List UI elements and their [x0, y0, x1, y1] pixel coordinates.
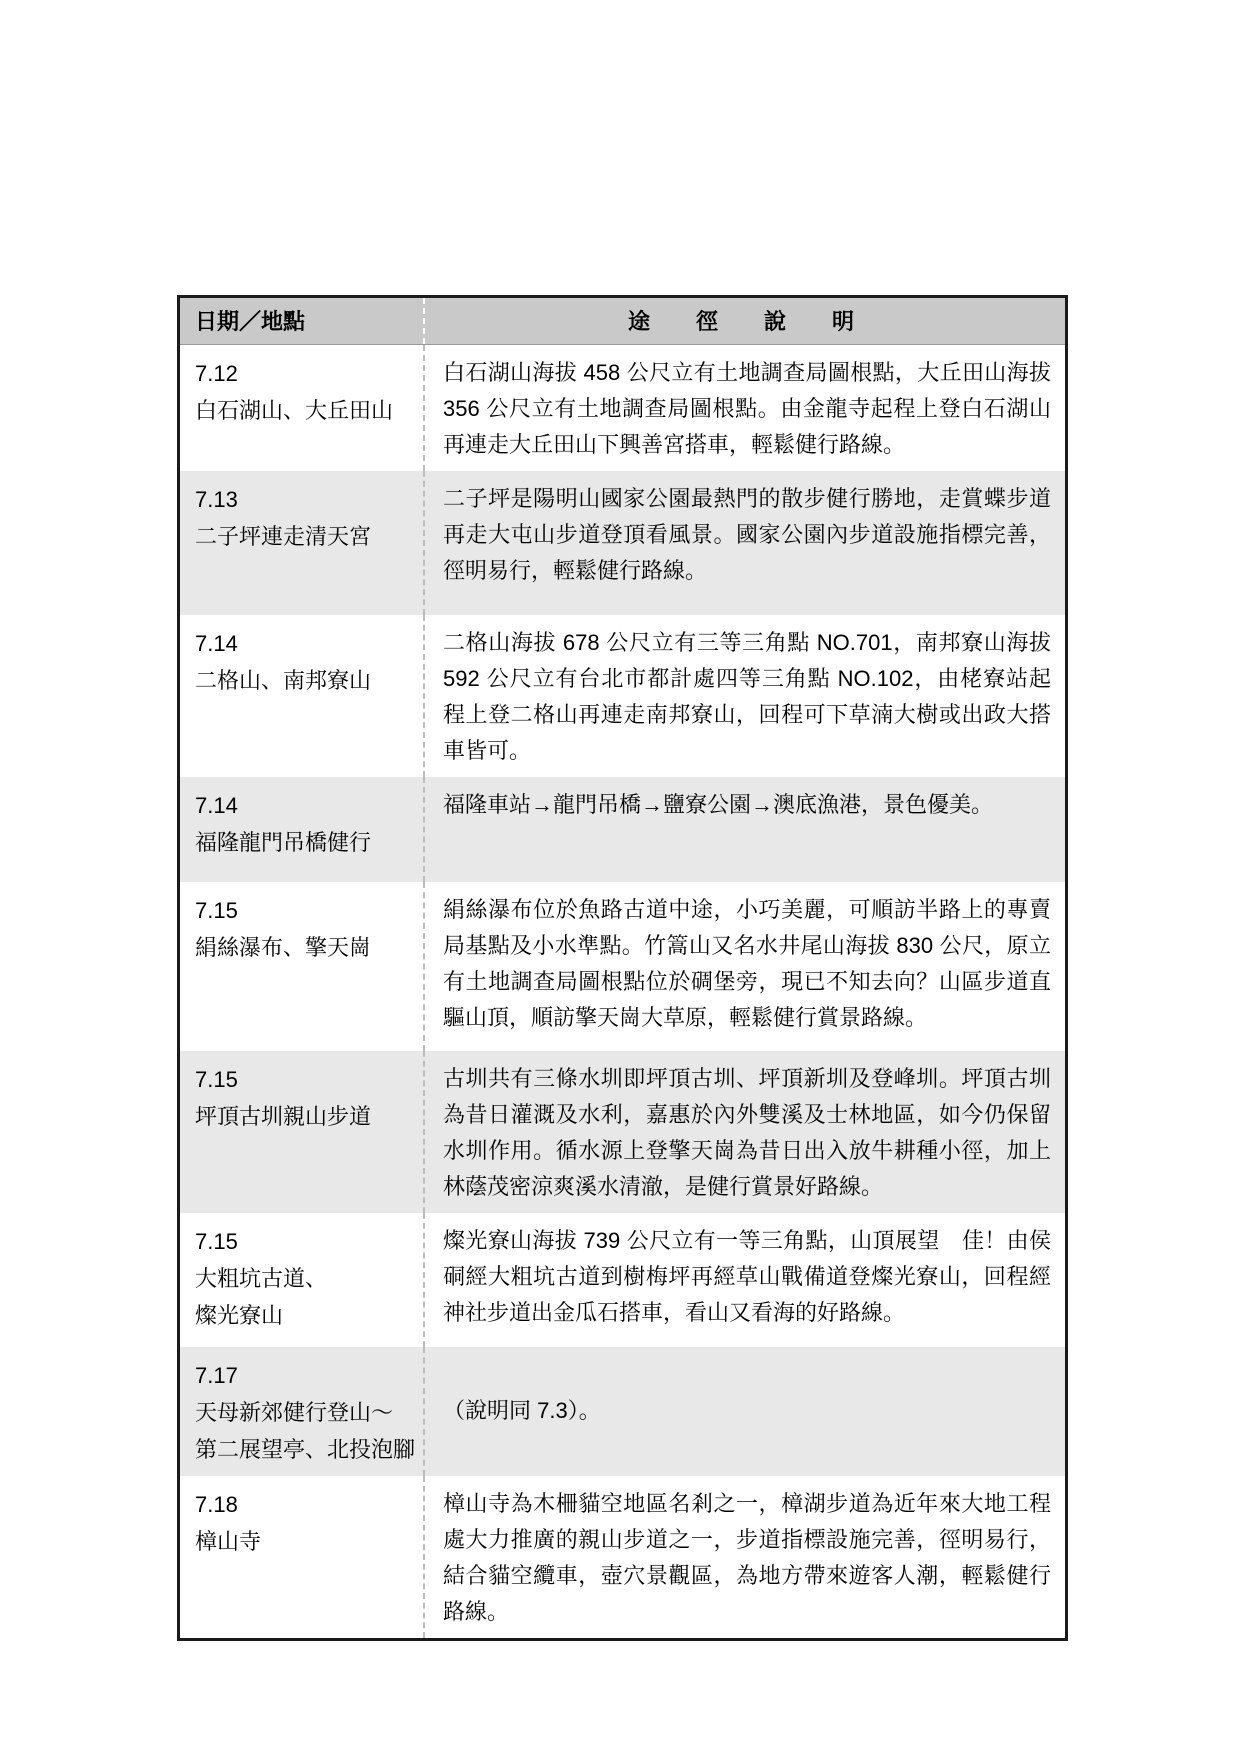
date-label: 7.15 — [195, 1223, 415, 1260]
date-location-cell: 7.15 絹絲瀑布、擎天崗 — [180, 882, 425, 1051]
description-cell: 二格山海拔 678 公尺立有三等三角點 NO.701，南邦寮山海拔 592 公尺… — [425, 615, 1065, 777]
description-cell: 福隆車站→龍門吊橋→鹽寮公園→澳底漁港，景色優美。 — [425, 777, 1065, 882]
table-header-row: 日期／地點 途 徑 說 明 — [180, 298, 1065, 345]
date-location-cell: 7.15 大粗坑古道、 燦光寮山 — [180, 1213, 425, 1347]
date-location-cell: 7.14 福隆龍門吊橋健行 — [180, 777, 425, 882]
date-label: 7.13 — [195, 481, 415, 518]
description-cell: 古圳共有三條水圳即坪頂古圳、坪頂新圳及登峰圳。坪頂古圳為昔日灌溉及水利，嘉惠於內… — [425, 1051, 1065, 1213]
date-label: 7.17 — [195, 1357, 415, 1394]
date-label: 7.12 — [195, 355, 415, 392]
location-label: 絹絲瀑布、擎天崗 — [195, 929, 415, 966]
date-label: 7.14 — [195, 625, 415, 662]
date-location-cell: 7.15 坪頂古圳親山步道 — [180, 1051, 425, 1213]
date-location-cell: 7.17 天母新郊健行登山～ 第二展望亭、北投泡腳 — [180, 1347, 425, 1476]
description-cell: 燦光寮山海拔 739 公尺立有一等三角點，山頂展望 佳！由侯硐經大粗坑古道到樹梅… — [425, 1213, 1065, 1347]
date-label: 7.14 — [195, 787, 415, 824]
location-label: 白石湖山、大丘田山 — [195, 392, 415, 429]
description-cell: 絹絲瀑布位於魚路古道中途，小巧美麗，可順訪半路上的專賣局基點及小水準點。竹篙山又… — [425, 882, 1065, 1051]
date-label: 7.15 — [195, 892, 415, 929]
description-cell: （說明同 7.3）。 — [425, 1347, 1065, 1476]
itinerary-table: 日期／地點 途 徑 說 明 7.12 白石湖山、大丘田山 白石湖山海拔 458 … — [177, 295, 1068, 1641]
location-label: 大粗坑古道、 燦光寮山 — [195, 1260, 415, 1334]
location-label: 天母新郊健行登山～ 第二展望亭、北投泡腳 — [195, 1394, 415, 1468]
table-row: 7.15 絹絲瀑布、擎天崗 絹絲瀑布位於魚路古道中途，小巧美麗，可順訪半路上的專… — [180, 882, 1065, 1051]
description-cell: 二子坪是陽明山國家公園最熱門的散步健行勝地，走賞蝶步道再走大屯山步道登頂看風景。… — [425, 471, 1065, 615]
description-cell: 白石湖山海拔 458 公尺立有土地調查局圖根點，大丘田山海拔 356 公尺立有土… — [425, 345, 1065, 471]
date-location-cell: 7.18 樟山寺 — [180, 1476, 425, 1638]
table-row: 7.15 坪頂古圳親山步道 古圳共有三條水圳即坪頂古圳、坪頂新圳及登峰圳。坪頂古… — [180, 1051, 1065, 1213]
table-row: 7.13 二子坪連走清天宮 二子坪是陽明山國家公園最熱門的散步健行勝地，走賞蝶步… — [180, 471, 1065, 615]
location-label: 樟山寺 — [195, 1523, 415, 1560]
header-date-location: 日期／地點 — [180, 298, 425, 344]
description-cell: 樟山寺為木柵貓空地區名剎之一，樟湖步道為近年來大地工程處大力推廣的親山步道之一，… — [425, 1476, 1065, 1638]
location-label: 坪頂古圳親山步道 — [195, 1098, 415, 1135]
date-label: 7.18 — [195, 1486, 415, 1523]
date-label: 7.15 — [195, 1061, 415, 1098]
location-label: 二格山、南邦寮山 — [195, 662, 415, 699]
date-location-cell: 7.14 二格山、南邦寮山 — [180, 615, 425, 777]
header-route-description: 途 徑 說 明 — [425, 298, 1065, 344]
location-label: 福隆龍門吊橋健行 — [195, 824, 415, 861]
table-row: 7.17 天母新郊健行登山～ 第二展望亭、北投泡腳 （說明同 7.3）。 — [180, 1347, 1065, 1476]
location-label: 二子坪連走清天宮 — [195, 518, 415, 555]
table-row: 7.14 二格山、南邦寮山 二格山海拔 678 公尺立有三等三角點 NO.701… — [180, 615, 1065, 777]
table-row: 7.18 樟山寺 樟山寺為木柵貓空地區名剎之一，樟湖步道為近年來大地工程處大力推… — [180, 1476, 1065, 1638]
date-location-cell: 7.13 二子坪連走清天宮 — [180, 471, 425, 615]
table-row: 7.12 白石湖山、大丘田山 白石湖山海拔 458 公尺立有土地調查局圖根點，大… — [180, 345, 1065, 471]
table-row: 7.14 福隆龍門吊橋健行 福隆車站→龍門吊橋→鹽寮公園→澳底漁港，景色優美。 — [180, 777, 1065, 882]
date-location-cell: 7.12 白石湖山、大丘田山 — [180, 345, 425, 471]
table-row: 7.15 大粗坑古道、 燦光寮山 燦光寮山海拔 739 公尺立有一等三角點，山頂… — [180, 1213, 1065, 1347]
